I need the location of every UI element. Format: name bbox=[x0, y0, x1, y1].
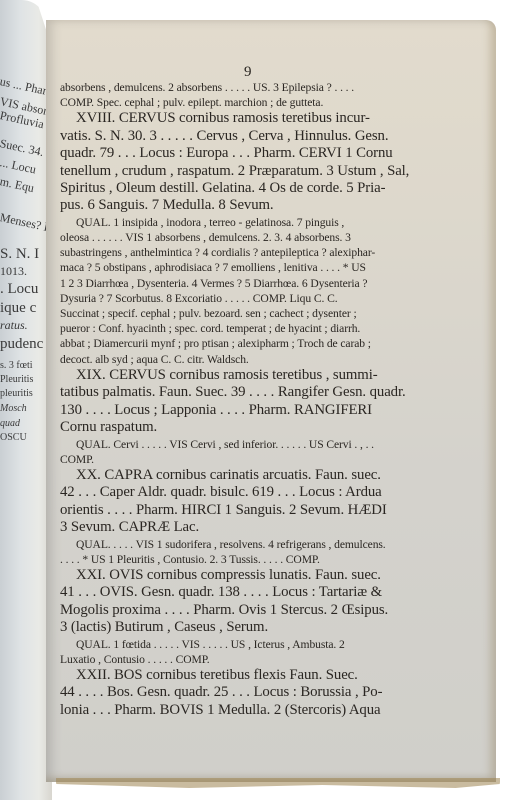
text-line: QUAL. Cervi . . . . . VIS Cervi , sed in… bbox=[60, 437, 396, 452]
text-line: quadr. 79 . . . Locus : Europa . . . Pha… bbox=[60, 145, 396, 162]
facing-page-text: ratus. bbox=[0, 318, 28, 333]
facing-page-text: OSCU bbox=[0, 432, 27, 443]
text-line: XXII. BOS cornibus teretibus flexis Faun… bbox=[60, 667, 396, 684]
page-number: 9 bbox=[244, 64, 252, 81]
text-line: XXI. OVIS cornibus compressis lunatis. F… bbox=[60, 567, 396, 584]
text-line: 1 2 3 Diarrhœa , Dysenteria. 4 Vermes ? … bbox=[60, 276, 396, 291]
text-line: . . . . * US 1 Pleuritis , Contusio. 2. … bbox=[60, 552, 396, 567]
facing-page-text: 1013. bbox=[0, 264, 27, 279]
text-line: COMP. bbox=[60, 452, 396, 467]
facing-page-text: . Locu bbox=[0, 281, 38, 298]
text-line: orientis . . . . Pharm. HIRCI 1 Sanguis.… bbox=[60, 502, 396, 519]
text-line: absorbens , demulcens. 2 absorbens . . .… bbox=[60, 80, 396, 95]
text-line: Luxatio , Contusio . . . . . COMP. bbox=[60, 652, 396, 667]
text-line: Dysuria ? 7 Scorbutus. 8 Excoriatio . . … bbox=[60, 291, 396, 306]
text-line: oleosa . . . . . . VIS 1 absorbens , dem… bbox=[60, 230, 396, 245]
text-line: abbat ; Diamercurii mynf ; pro ptisan ; … bbox=[60, 336, 396, 351]
text-line: Succinat ; specif. cephal ; pulv. bezoar… bbox=[60, 306, 396, 321]
text-line: 3 Sevum. CAPRÆ Lac. bbox=[60, 519, 396, 536]
text-line: COMP. Spec. cephal ; pulv. epilept. marc… bbox=[60, 95, 396, 110]
text-line: 3 (lactis) Butirum , Caseus , Serum. bbox=[60, 619, 396, 636]
text-line: maca ? 5 obstipans , aphrodisiaca ? 7 em… bbox=[60, 260, 396, 275]
facing-page-text: quad bbox=[0, 418, 20, 429]
text-line: QUAL. 1 fœtida . . . . . VIS . . . . . U… bbox=[60, 637, 396, 652]
facing-page-text: Pleuritis bbox=[0, 374, 33, 385]
facing-page-text: S. N. I bbox=[0, 246, 39, 263]
facing-page-text: ique c bbox=[0, 300, 36, 317]
text-line: pueror : Conf. hyacinth ; spec. cord. te… bbox=[60, 321, 396, 336]
text-line: tatibus palmatis. Faun. Suec. 39 . . . .… bbox=[60, 384, 396, 401]
facing-page-text: s. 3 fœti bbox=[0, 360, 33, 371]
text-line: XX. CAPRA cornibus carinatis arcuatis. F… bbox=[60, 467, 396, 484]
page-text-body: absorbens , demulcens. 2 absorbens . . .… bbox=[60, 80, 396, 719]
text-line: 41 . . . OVIS. Gesn. quadr. 138 . . . . … bbox=[60, 584, 396, 601]
facing-page-text: m. Equ bbox=[0, 174, 35, 196]
text-line: 42 . . . Caper Aldr. quadr. bisulc. 619 … bbox=[60, 484, 396, 501]
text-line: vatis. S. N. 30. 3 . . . . . Cervus , Ce… bbox=[60, 128, 396, 145]
text-line: Cornu raspatum. bbox=[60, 419, 396, 436]
text-line: 130 . . . . Locus ; Lapponia . . . . Pha… bbox=[60, 402, 396, 419]
facing-page-edge: us ... Phar VIS absorben Profluvia fa Su… bbox=[0, 0, 52, 800]
text-line: Mogolis proxima . . . . Pharm. Ovis 1 St… bbox=[60, 602, 396, 619]
facing-page-text: pudenc bbox=[0, 336, 43, 353]
text-line: XIX. CERVUS cornibus ramosis teretibus ,… bbox=[60, 367, 396, 384]
text-line: 44 . . . . Bos. Gesn. quadr. 25 . . . Lo… bbox=[60, 684, 396, 701]
text-line: pus. 6 Sanguis. 7 Medulla. 8 Sevum. bbox=[60, 197, 396, 214]
text-line: XVIII. CERVUS cornibus ramosis teretibus… bbox=[60, 110, 396, 127]
facing-page-text: Mosch bbox=[0, 403, 27, 414]
text-line: QUAL. . . . . VIS 1 sudorifera , resolve… bbox=[60, 537, 396, 552]
text-line: Spiritus , Oleum destill. Gelatina. 4 Os… bbox=[60, 180, 396, 197]
text-line: decoct. alb syd ; aqua C. C. citr. Walds… bbox=[60, 352, 396, 367]
book-page: 9 absorbens , demulcens. 2 absorbens . .… bbox=[46, 20, 496, 782]
text-line: lonia . . . Pharm. BOVIS 1 Medulla. 2 (S… bbox=[60, 702, 396, 719]
text-line: subastringens , anthelmintica ? 4 cordia… bbox=[60, 245, 396, 260]
text-line: QUAL. 1 insipida , inodora , terreo - ge… bbox=[60, 215, 396, 230]
facing-page-text: Menses? D bbox=[0, 210, 52, 236]
text-line: tenellum , crudum , raspatum. 2 Præparat… bbox=[60, 163, 396, 180]
facing-page-text: pleuritis bbox=[0, 388, 33, 399]
